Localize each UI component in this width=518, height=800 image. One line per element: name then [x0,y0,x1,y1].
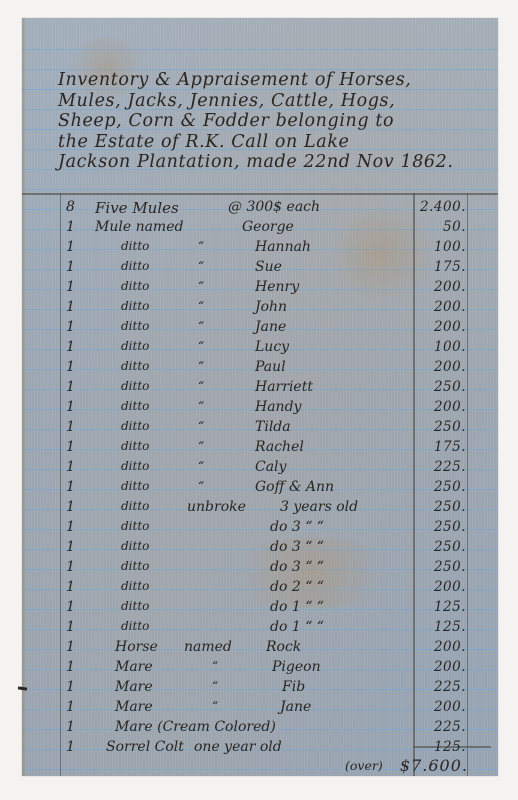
list-item: 1 ditto “ Lucy 100. [22,339,498,359]
item-quantity: 1 [66,339,86,355]
item-quantity: 1 [66,379,86,395]
item-quantity: 1 [66,699,86,715]
item-description: ditto [121,279,149,293]
list-item: 1 ditto do 3 “ “ 250. [22,559,498,579]
item-description: ditto [121,619,149,633]
item-description: ditto [121,599,149,613]
item-amount: 200. [418,359,466,375]
item-quantity: 1 [66,579,86,595]
item-name: Sue [255,259,282,275]
item-quantity: 1 [66,279,86,295]
list-item: 1 Mare “ Pigeon 200. [22,659,498,679]
item-name: Hannah [255,239,311,255]
ditto-mark: “ [198,359,204,373]
item-amount: 250. [418,519,466,535]
item-amount: 250. [418,559,466,575]
list-item: 1 ditto “ Paul 200. [22,359,498,379]
item-age: do 1 “ “ [270,619,324,635]
item-description: ditto [121,579,149,593]
item-description: ditto [121,559,149,573]
item-amount: 125. [418,619,466,635]
ditto-mark: “ [198,279,204,293]
item-quantity: 1 [66,239,86,255]
item-description: ditto [121,359,149,373]
item-amount: 125. [418,599,466,615]
list-item: 1 ditto “ Tilda 250. [22,419,498,439]
item-amount: 200. [418,399,466,415]
item-age: 3 years old [280,499,358,515]
ditto-mark: “ [198,339,204,353]
ditto-mark: “ [198,299,204,313]
list-item: 1 ditto do 3 “ “ 250. [22,519,498,539]
item-quantity: 1 [66,719,86,735]
item-amount: 100. [418,339,466,355]
item-quantity: 1 [66,739,86,755]
item-quantity: 1 [66,259,86,275]
ink-mark [18,686,27,690]
list-item: 1 ditto “ Harriett 250. [22,379,498,399]
item-quantity: 1 [66,539,86,555]
item-quantity: 1 [66,619,86,635]
item-amount: 200. [418,699,466,715]
item-amount: 100. [418,239,466,255]
item-quantity: 1 [66,599,86,615]
item-name: Harriett [255,379,313,395]
list-item: 1 Mule named George 50. [22,219,498,239]
item-description: ditto [121,519,149,533]
item-name: Jane [280,699,311,715]
item-description: Sorrel Colt [106,739,184,755]
grand-total: $7.600. [396,756,468,775]
list-item: 8 Five Mules @ 300$ each 2.400. [22,199,498,219]
item-amount: 200. [418,299,466,315]
item-quantity: 1 [66,659,86,675]
list-item: 1 ditto “ Goff & Ann 250. [22,479,498,499]
item-description: ditto [121,539,149,553]
list-item: 1 ditto “ Handy 200. [22,399,498,419]
item-amount: 175. [418,439,466,455]
list-item: 1 ditto do 1 “ “ 125. [22,599,498,619]
item-quantity: 1 [66,299,86,315]
item-amount: 250. [418,499,466,515]
over-note: (over) [345,758,383,773]
list-item: 1 Mare (Cream Colored) 225. [22,719,498,739]
item-quantity: 1 [66,459,86,475]
item-name: Rock [266,639,301,655]
ditto-mark: “ [212,679,218,693]
item-amount: 200. [418,659,466,675]
list-item: 1 ditto “ Henry 200. [22,279,498,299]
item-name: Jane [255,319,286,335]
item-amount: 250. [418,379,466,395]
item-quantity: 1 [66,519,86,535]
ditto-mark: “ [198,239,204,253]
item-name: Paul [255,359,286,375]
item-description: ditto [121,239,149,253]
item-description: Five Mules [95,199,179,217]
item-amount: 175. [418,259,466,275]
title-line: Inventory & Appraisement of Horses, [58,70,488,91]
ditto-mark: “ [198,439,204,453]
item-name: Rachel [255,439,304,455]
list-item: 1 ditto “ Hannah 100. [22,239,498,259]
item-age: do 3 “ “ [270,539,324,555]
item-name: Lucy [255,339,289,355]
item-quantity: 1 [66,639,86,655]
item-description: ditto [121,339,149,353]
item-quantity: 1 [66,559,86,575]
item-amount: 225. [418,719,466,735]
item-description: ditto [121,319,149,333]
item-quantity: 1 [66,679,86,695]
item-quantity: 1 [66,319,86,335]
item-quantity: 1 [66,359,86,375]
item-age: do 3 “ “ [270,559,324,575]
item-age: do 2 “ “ [270,579,324,595]
item-quantity: 1 [66,439,86,455]
total-row: (over) $7.600. [22,756,498,778]
item-quantity: 1 [66,419,86,435]
list-item: 1 ditto unbroke 3 years old 250. [22,499,498,519]
item-amount: 125. [418,739,466,755]
item-description: ditto [121,479,149,493]
ditto-mark: “ [198,259,204,273]
item-description: ditto [121,419,149,433]
list-item: 1 Mare “ Jane 200. [22,699,498,719]
item-description: ditto [121,259,149,273]
ditto-mark: “ [198,379,204,393]
item-amount: 200. [418,579,466,595]
list-item: 1 Horse named Rock 200. [22,639,498,659]
item-description: Mare [115,679,153,695]
item-name: Handy [255,399,301,415]
item-name: Tilda [255,419,291,435]
item-amount: 225. [418,459,466,475]
item-amount: 200. [418,279,466,295]
inventory-document: Inventory & Appraisement of Horses, Mule… [22,18,498,776]
item-name: John [255,299,287,315]
list-item: 1 ditto do 1 “ “ 125. [22,619,498,639]
item-amount: 2.400. [418,199,466,215]
item-description: ditto [121,439,149,453]
item-description: Mare (Cream Colored) [115,719,276,735]
item-quantity: 8 [66,199,86,215]
item-age: do 3 “ “ [270,519,324,535]
item-amount: 225. [418,679,466,695]
item-name: Henry [255,279,299,295]
list-item: 1 ditto “ John 200. [22,299,498,319]
item-condition: unbroke [187,499,246,515]
item-age: do 1 “ “ [270,599,324,615]
item-name: Fib [282,679,305,695]
list-item: 1 ditto “ Sue 175. [22,259,498,279]
item-description: ditto [121,499,149,513]
item-amount: 200. [418,319,466,335]
item-description: ditto [121,299,149,313]
item-name: Goff & Ann [255,479,334,495]
item-amount: 250. [418,539,466,555]
item-quantity: 1 [66,479,86,495]
item-amount: 50. [418,219,466,235]
item-quantity: 1 [66,219,86,235]
item-description: ditto [121,379,149,393]
item-age: one year old [194,739,282,755]
title-line: Sheep, Corn & Fodder belonging to [58,111,488,132]
ditto-mark: “ [212,659,218,673]
document-title: Inventory & Appraisement of Horses, Mule… [58,70,488,173]
header-divider [22,193,498,195]
ditto-mark: “ [198,399,204,413]
ditto-mark: “ [198,419,204,433]
title-line: Jackson Plantation, made 22nd Nov 1862. [58,152,488,173]
ditto-mark: “ [198,479,204,493]
item-description: ditto [121,399,149,413]
item-quantity: 1 [66,499,86,515]
title-line: Mules, Jacks, Jennies, Cattle, Hogs, [58,91,488,112]
item-description: Mare [115,659,153,675]
list-item: 1 ditto “ Caly 225. [22,459,498,479]
item-description: Horse [115,639,158,655]
item-amount: 200. [418,639,466,655]
ditto-mark: “ [212,699,218,713]
item-description: Mule named [95,219,183,235]
item-name: Caly [255,459,286,475]
list-item: 1 ditto “ Jane 200. [22,319,498,339]
item-description: ditto [121,459,149,473]
list-item: 1 Mare “ Fib 225. [22,679,498,699]
item-name: Pigeon [272,659,321,675]
list-item: 1 ditto do 2 “ “ 200. [22,579,498,599]
list-item: 1 ditto “ Rachel 175. [22,439,498,459]
ditto-mark: “ [198,459,204,473]
item-quantity: 1 [66,399,86,415]
item-amount: 250. [418,419,466,435]
item-name: @ 300$ each [228,199,320,215]
title-line: the Estate of R.K. Call on Lake [58,132,488,153]
item-description: Mare [115,699,153,715]
list-item: 1 ditto do 3 “ “ 250. [22,539,498,559]
item-label: named [184,639,232,655]
ditto-mark: “ [198,319,204,333]
item-amount: 250. [418,479,466,495]
item-name: George [242,219,294,235]
